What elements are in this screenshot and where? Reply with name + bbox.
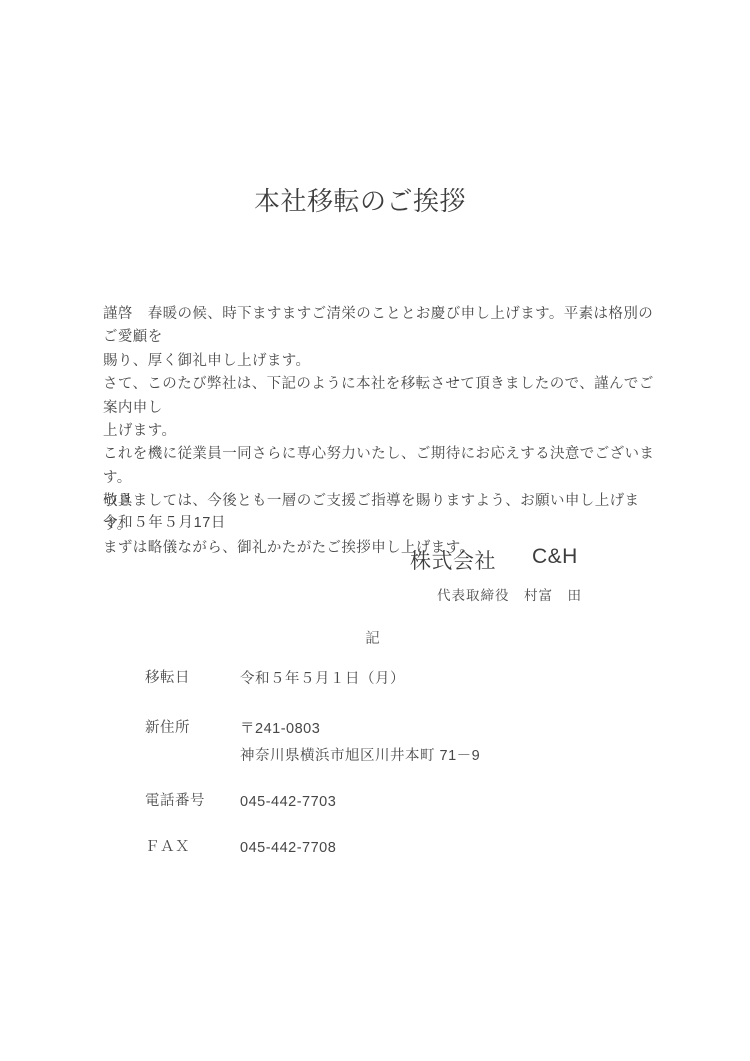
record-mark: 記 bbox=[0, 627, 745, 648]
relocation-notice-document: 本社移転のご挨拶 謹啓 春暖の候、時下ますますご清栄のこととお慶び申し上げます。… bbox=[0, 0, 750, 1061]
new-address-label: 新住所 bbox=[145, 716, 190, 737]
body-line: まずは略儀ながら、御礼かたがたご挨拶申し上げます。 bbox=[103, 537, 663, 560]
body-line: 謹啓 春暖の候、時下ますますご清栄のこととお慶び申し上げます。平素は格別のご愛顧… bbox=[103, 303, 663, 350]
fax-value: 045-442-7708 bbox=[240, 835, 336, 862]
body-line: 上げます。 bbox=[103, 420, 663, 443]
phone-label: 電話番号 bbox=[145, 789, 205, 810]
document-title: 本社移転のご挨拶 bbox=[0, 181, 720, 218]
body-line: これを機に従業員一同さらに専心努力いたし、ご期待にお応えする決意でございます。 bbox=[103, 443, 663, 490]
postal-code: 〒241-0803 bbox=[240, 716, 480, 743]
fax-label: ＦＡＸ bbox=[145, 835, 190, 856]
letter-date: 令和５年５月17日 bbox=[103, 511, 226, 532]
company-signature: 株式会社 C&H bbox=[410, 545, 578, 575]
closing-word: 敬具 bbox=[103, 489, 133, 510]
body-line: さて、このたび弊社は、下記のように本社を移転させて頂きましたので、謹んでご案内申… bbox=[103, 373, 663, 420]
representative-name: 代表取締役 村富 田 bbox=[437, 584, 582, 604]
company-abbreviation: C&H bbox=[532, 545, 578, 575]
phone-value: 045-442-7703 bbox=[240, 789, 336, 816]
moving-date-label: 移転日 bbox=[145, 666, 190, 687]
street-address: 神奈川県横浜市旭区川井本町 71－9 bbox=[240, 743, 480, 770]
moving-date-value: 令和５年５月１日（月） bbox=[240, 666, 405, 693]
company-name: 株式会社 bbox=[410, 545, 496, 575]
body-line: 賜り、厚く御礼申し上げます。 bbox=[103, 350, 663, 373]
company-name-gap bbox=[496, 545, 532, 575]
new-address-value: 〒241-0803 神奈川県横浜市旭区川井本町 71－9 bbox=[240, 716, 480, 770]
